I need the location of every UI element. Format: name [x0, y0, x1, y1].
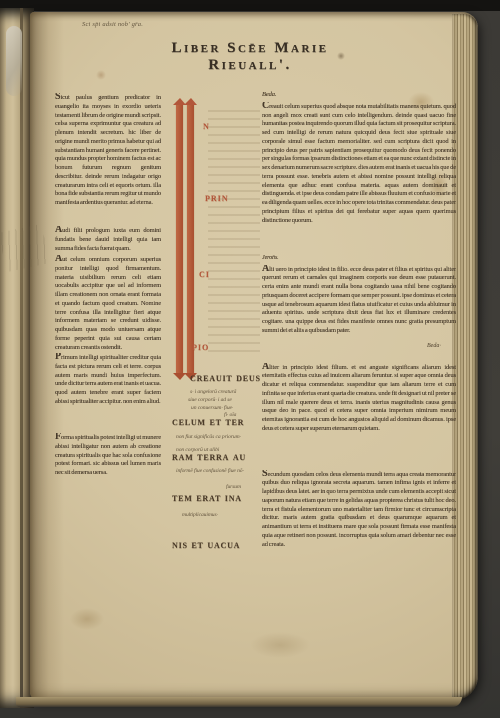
interlinear-gloss: multiplicauimus·: [182, 512, 218, 518]
commentary-paragraph: Creauit celum superius quod absque nota …: [262, 102, 456, 252]
incipit-initial-i: [176, 99, 198, 381]
incipit-display-line: tem erat ina: [172, 492, 242, 504]
incipit-red-word: ci: [199, 268, 210, 280]
gloss-paragraph: Aut celum omnium corporum superius ponit…: [55, 255, 161, 351]
gloss-paragraph: Primum intelligi spiritualiter creditur …: [55, 353, 161, 431]
interlinear-gloss: fursum: [226, 484, 241, 490]
interlinear-gloss: fi· oĩa: [224, 412, 236, 418]
interlinear-gloss: non corporũ ut alibi: [176, 447, 219, 453]
incipit-red-word: n: [203, 120, 210, 132]
right-text-column: Beda. Creauit celum superius quod absque…: [262, 91, 456, 587]
interlinear-gloss: un conuersum· fiue·: [191, 405, 233, 411]
gloss-paragraph: Sicut paulus gentium predicator in euang…: [55, 93, 161, 224]
interlinear-gloss: informẽ fiue confusionẽ fiue nõ·: [176, 468, 260, 474]
page-title: Liber Scēe Marie Rieuall'.: [130, 40, 370, 74]
gloss-paragraph: Forma spiritualis potest intelligi ut mu…: [55, 433, 161, 503]
under-leaf-edge: [16, 697, 462, 707]
commentary-paragraph: Secundum quosdam celos deus elementa mun…: [262, 470, 456, 585]
flyleaf-inscription: Sci sp̄i adsit nob' gr̄a.: [82, 21, 143, 28]
gutter-crease: [20, 8, 23, 708]
incipit-display-line: nis et uacua: [172, 539, 240, 551]
manuscript-photo: Sci sp̄i adsit nob' gr̄a. Liber Scēe Mar…: [0, 0, 500, 718]
incipit-red-word: pio: [192, 341, 209, 353]
incipit-display-line: creauit deus: [190, 372, 261, 384]
interlinear-gloss: non fiut significãs ca priorum·: [176, 434, 260, 440]
beda-attribution: Beda.: [262, 91, 456, 100]
jerome-heading: Jeron̄s.: [262, 254, 456, 263]
interlinear-gloss: s· i angelorũ creaturã: [190, 389, 236, 395]
incipit-red-word: prin: [205, 192, 229, 204]
left-text-column: Sicut paulus gentium predicator in euang…: [55, 93, 161, 507]
show-through-marks: [208, 108, 260, 358]
commentary-paragraph: Aliter in principio idest filium. et est…: [262, 363, 456, 468]
initial-bar: [187, 105, 194, 373]
previous-leaf-edge: [0, 8, 34, 708]
binding-highlight: [6, 26, 22, 96]
gloss-paragraph: Audi filii prologum iuxta eum domini fun…: [55, 226, 161, 253]
interlinear-gloss: siue corporũ· i ad se: [188, 397, 232, 403]
initial-bar: [176, 105, 183, 373]
margin-note-beda: Beda·: [427, 343, 441, 349]
